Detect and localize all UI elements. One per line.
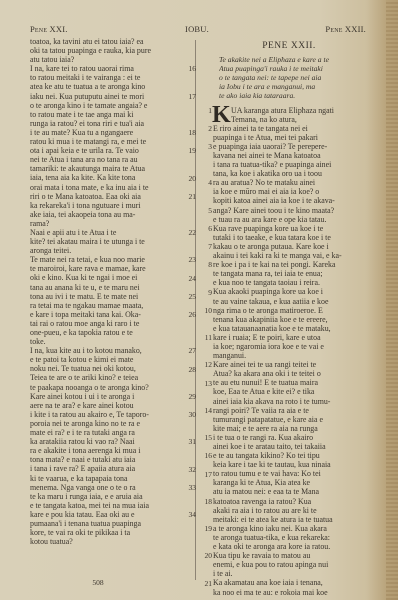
text-line: atu tatou iaia?: [30, 55, 183, 64]
text-line: meitaki: ei te atea ke atura ia te tuatu…: [213, 515, 365, 524]
text-line: i te au mate? Kua tu a ngangaere: [30, 128, 183, 137]
verse-number: 6: [208, 224, 212, 233]
running-header: Pene XXI. IOBU. Pene XXII.: [28, 24, 366, 36]
text-line: e te tangata katoa, mei tei na mua iaia: [30, 501, 183, 510]
text-line: Teiea te are o te ariki kino? e teiea: [30, 373, 183, 382]
text-line: nei te Atua i tana ara no tana ra au: [30, 155, 183, 164]
summary-line: o te tangata nei: te tapepe nei aia: [219, 74, 363, 83]
text-line: menema. Nga vanga one o te o ra: [30, 483, 183, 492]
text-line: Kare ainei tei te ua rangi teitei te: [213, 360, 365, 369]
verse-number: 19: [205, 524, 213, 533]
text-line: tona mata? e naai e tutaki atu iaia: [30, 455, 183, 464]
text-line: te tangata mana ra, tei iaia te enua;: [213, 269, 365, 278]
verse-number: 17: [205, 470, 213, 479]
text-line: puapinga i te Atua, mei tei pakari: [213, 133, 365, 142]
verse-number: 9: [208, 288, 212, 297]
verse-number: 13: [205, 379, 213, 388]
verse-number: 30: [189, 410, 197, 419]
text-line: Ka akamatau ana koe iaia i tenana,: [213, 578, 365, 587]
summary-line: Atua puapinga'i rauka i te meitaki: [219, 65, 363, 74]
verse-number: 33: [189, 483, 197, 492]
summary-line: ia Iobu i te ara e manganui, ma: [219, 83, 363, 92]
text-line: karanga ki te Atua, Kia atea ke: [213, 478, 365, 487]
verse-number: 2: [208, 124, 212, 133]
text-line: ka aratakiia ratou ki vao ra? Naai: [30, 437, 183, 446]
text-line: i tana i rave ra? E apaiia atura aia: [30, 464, 183, 473]
text-line: e puapinga iaia uaorai? Te perepere-: [213, 142, 365, 151]
verse-number: 11: [205, 333, 212, 342]
text-line: aere na te ara? e kare ainei kotou: [30, 401, 183, 410]
text-line: Atua? ka akara ana oki i te teitei o: [213, 369, 365, 378]
verse-number: 20: [189, 174, 197, 183]
text-line: ka noo ei ma te au: e rokoia mai koe: [213, 588, 365, 597]
text-line: o te aronga kino i te tamate angaia? e: [30, 101, 183, 110]
verse-number: 8: [208, 260, 212, 269]
page-edge: [386, 0, 398, 600]
text-line: to ratou mate i te tae anga mai ki: [30, 110, 183, 119]
verse-number: 21: [189, 192, 197, 201]
text-line: rangi poiri? Te vaiia ra aia e te: [213, 406, 365, 415]
header-book-title: IOBU.: [28, 24, 366, 34]
verse-number: 24: [189, 274, 197, 283]
text-line: poroia nei te aronga kino no te ra e: [30, 419, 183, 428]
verse-number: 26: [189, 310, 197, 319]
right-column: PENE XXII. Te akakite nei a Elipħaza e k…: [213, 37, 365, 597]
verse-number: 15: [205, 433, 213, 442]
text-line: nga rima o te aronga matiroeroe. E: [213, 306, 365, 315]
text-line: i tana ra tuatua-tika? e puapinga ainei: [213, 160, 365, 169]
text-line: katoatoa ravenga ia ratou? Kua: [213, 497, 365, 506]
text-line: pumaana'i i tenana tuatua puapinga: [30, 519, 183, 528]
text-line: e te au tangata kikino? Ko tei tipu: [213, 451, 365, 460]
text-line: tenana kua akapiniia koe e te ereere,: [213, 315, 365, 324]
text-line: ra e akakite i tona aerenga ki mua i: [30, 446, 183, 455]
chapter-body: K UA karanga atura Elipħaza ngatiTemana,…: [213, 106, 365, 597]
text-line: e te patoi ta kotou e kimi ei mate: [30, 355, 183, 364]
verse-number: 23: [189, 255, 197, 264]
text-line: te paakapa nooanga o te aronga kino?: [30, 383, 183, 392]
text-line: toatoa, ka tavini atu ei tatou iaia? ea: [30, 37, 183, 46]
text-line: Kua rave puapinga kore ua koe i te: [213, 224, 365, 233]
summary-line: Te akakite nei a Elipħaza e kare a te: [219, 56, 363, 65]
verse-number: 27: [189, 346, 197, 355]
verse-number: 29: [189, 392, 197, 401]
text-line: tumurangi patapatatue, e kare aia e: [213, 415, 365, 424]
text-line: iaku nei. Kua putuputu ainei te mori: [30, 92, 183, 101]
text-line: manganui.: [213, 351, 365, 360]
verse-number: 21: [205, 579, 213, 588]
text-line: Kua tipu ke ravaia to matou au: [213, 551, 365, 560]
verse-number: 16: [189, 64, 197, 73]
text-line: mate ei ra? e i te ra tutaki anga ra: [30, 428, 183, 437]
text-line: anga? Kare ainei toou i te kino maata?: [213, 206, 365, 215]
text-line: one-pueu, e ka tapokia ratou e te: [30, 328, 183, 337]
verse-number: 22: [189, 228, 197, 237]
text-line: te maroiroi, kare rava e mamae, kare: [30, 264, 183, 273]
verse-number: 19: [189, 146, 197, 155]
text-line: ota i apai keia e te urila ra. Te vaio: [30, 146, 183, 155]
verse-number: 7: [208, 242, 212, 251]
text-line: tana au anana ki te u, e te maru nei: [30, 283, 183, 292]
text-line: I na, kare tei to ratou uaorai rima: [30, 64, 183, 73]
verse-number: 10: [205, 306, 213, 315]
text-line: Kare ainei kotou i ui i te aronga i: [30, 392, 183, 401]
text-line: ra tetai ma te ngakau mamae maata,: [30, 301, 183, 310]
verse-number: 12: [205, 360, 213, 369]
text-line: ratou ki mua i te matangi ra, e mei te: [30, 137, 183, 146]
text-line: e kare i topa meitaki tana kai. Oka-: [30, 310, 183, 319]
text-line: enemi, e kua pou to ratou apinga nui: [213, 560, 365, 569]
text-line: i te tua o te rangi ra. Kua akairo: [213, 433, 365, 442]
text-line: keia kare i tae ki te tautau, kua ninaia: [213, 460, 365, 469]
verse-number: 3: [208, 142, 212, 151]
left-column: toatoa, ka tavini atu ei tatou iaia? eao…: [30, 37, 183, 546]
text-line: atea ke atu te tuatua a te aronga kino: [30, 82, 183, 91]
text-line: kite? tei akatau maira i te utunga i te: [30, 237, 183, 246]
verse-number: 25: [189, 292, 197, 301]
text-line: ki te vaarua, e ka tapapaia tona: [30, 474, 183, 483]
text-line: a te aronga kino iaku nei. Kua akara: [213, 524, 365, 533]
text-line: kopiti katoa ainei aia ia koe i te akava…: [213, 196, 365, 205]
verse-number: 14: [205, 406, 213, 415]
page-number: 508: [0, 578, 196, 587]
text-line: Te mate nei ra tetai, e kua noo marie: [30, 255, 183, 264]
verse-number: 1: [208, 106, 212, 115]
verse-number: 34: [189, 510, 197, 519]
text-line: tona au ivi i te matu. E te mate nei: [30, 292, 183, 301]
verse-number: 16: [205, 451, 213, 460]
text-line: noku nei. Te tuatua nei oki kotou,: [30, 364, 183, 373]
text-line: Kua akaoki puapinga kore ua koe i: [213, 287, 365, 296]
text-line: e kua noo te tangata taoiau i reira.: [213, 278, 365, 287]
text-line: tamariki: te akautunga maira te Atua: [30, 164, 183, 173]
text-line: tutaki i to taeake, e kua tatara koe i t…: [213, 233, 365, 242]
text-line: akaki ra aia i to ratou au are ki te: [213, 506, 365, 515]
text-line: ainei koe i te aratau taito, tei takaiia: [213, 442, 365, 451]
text-line: atu ia matou nei: e eaa ta te Mana: [213, 487, 365, 496]
text-line: riri o te Mana katoatoa. Eaa oki aia: [30, 192, 183, 201]
text-line: i kite i ta ratou au akairo e, Te taporo…: [30, 410, 183, 419]
text-line: te au etu nunui! E te tuatua maira: [213, 378, 365, 387]
chapter-summary: Te akakite nei a Elipħaza e kare a teAtu…: [213, 56, 365, 100]
text-line: i te ai.: [213, 569, 365, 578]
verse-number: 31: [189, 437, 197, 446]
text-line: tana, ka koe i akatika oro ua i toou: [213, 169, 365, 178]
text-line: kare e pou kia tatau. Eaa oki au e: [30, 510, 183, 519]
text-line: E riro ainei ta te tangata nei ei: [213, 124, 365, 133]
text-line: ainei iaia kia akava na roto i te tumu-: [213, 397, 365, 406]
text-line: kore, te vai ra oki te pikikaa i ta: [30, 528, 183, 537]
text-line: kare i ruaia; E te poiri, kare e utoa: [213, 333, 365, 342]
text-line: ake iaia, tei akaopeia tona au ma-: [30, 210, 183, 219]
text-line: UA karanga atura Elipħaza ngati: [213, 106, 365, 115]
text-line: kite mai; e te aere ra aia na runga: [213, 424, 365, 433]
verse-number: 17: [189, 92, 197, 101]
text-line: re koe i pa i te kai na tei pongi. Karek…: [213, 260, 365, 269]
verse-number: 18: [189, 128, 197, 137]
text-line: orai mata i tona mate, e ka inu aia i te: [30, 183, 183, 192]
text-line: koe, Eaa te Atua e kite ei? e tika: [213, 387, 365, 396]
chapter-title: PENE XXII.: [213, 42, 365, 51]
text-line: kavana nei ainei te Mana katoatoa: [213, 151, 365, 160]
text-line: akainu i tei kaki ra ki te manga vai, e …: [213, 251, 365, 260]
text-line: ra au aratua? No te mataku ainei: [213, 178, 365, 187]
text-line: e kua tatauanaanatia koe e te mataku,: [213, 324, 365, 333]
text-line: te ka maru i runga iaia, e e aruia aia: [30, 492, 183, 501]
text-line: oki ta tatou puapinga e rauka, kia pure: [30, 46, 183, 55]
text-line: Temana, na ko atura,: [213, 115, 365, 124]
text-line: e tuau ra au ara kare e ope kia tatau.: [213, 215, 365, 224]
text-line: Naai e apii atu i te Atua i te: [30, 228, 183, 237]
text-line: e kata oki te aronga ara kore ia ratou.: [213, 542, 365, 551]
text-line: te aronga tuatua-tika, e kua rekareka:: [213, 533, 365, 542]
text-line: to ratou tumu e te vai hava: Ko tei: [213, 469, 365, 478]
text-line: tai rai o ratou moe anga ki raro i te: [30, 319, 183, 328]
verse-number: 5: [208, 206, 212, 215]
text-line: oki e kino. Kua ki te ngai i moe ei: [30, 273, 183, 282]
summary-line: te ako iaia kia tataraara.: [219, 92, 363, 101]
text-line: ia koe; ngaromia iora koe e te vai e: [213, 342, 365, 351]
text-line: ka rekareka'i i tona ngutuare i muri: [30, 201, 183, 210]
text-line: te au vaine takaua, e kua aatiia e koe: [213, 297, 365, 306]
verse-number: 20: [205, 551, 213, 560]
text-line: kakau o te aronga putaua. Kare koe i: [213, 242, 365, 251]
verse-number: 28: [189, 365, 197, 374]
text-line: I na, kua kite au i to kotou manako,: [30, 346, 183, 355]
text-line: rama?: [30, 219, 183, 228]
text-line: kotou tuatua?: [30, 537, 183, 546]
text-line: to ratou meitaki i te vairanga : ei te: [30, 73, 183, 82]
verse-number: 18: [205, 497, 213, 506]
verse-number: 32: [189, 465, 197, 474]
text-line: toke.: [30, 337, 183, 346]
text-line: runga ia ratou? ei tona riri e tua'i aia: [30, 119, 183, 128]
verse-number: 4: [208, 178, 212, 187]
text-line: aronga teitei.: [30, 246, 183, 255]
text-line: ia koe e mūro mai ei aia ia koe? o: [213, 187, 365, 196]
header-right: Pene XXII.: [325, 24, 366, 34]
text-line: iaia, tena aia ka kite. Ka kite tona: [30, 173, 183, 182]
